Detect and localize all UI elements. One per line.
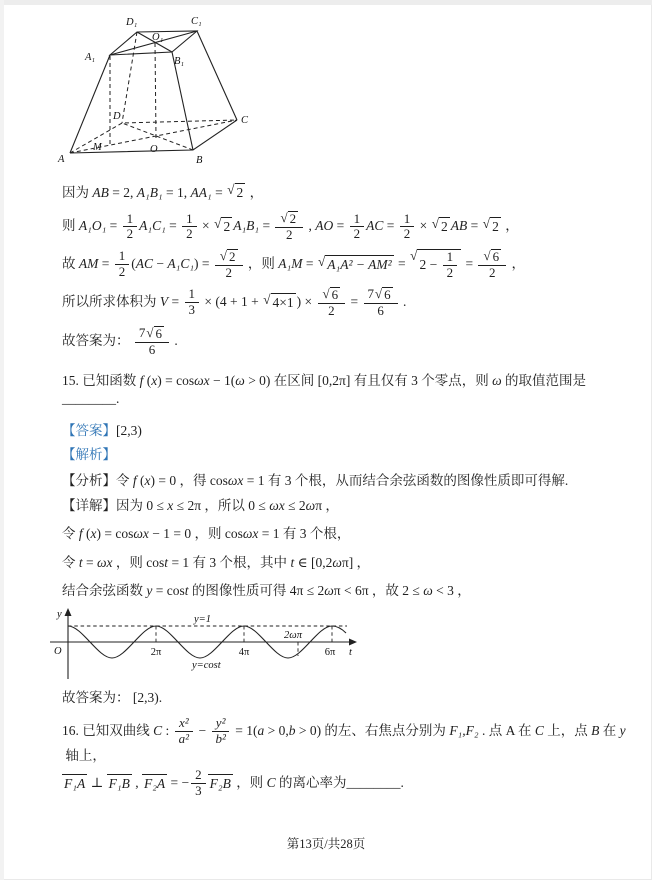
origin-label: O (54, 646, 62, 657)
mark-2-omega-pi: 2ωπ (284, 630, 303, 641)
vertex-label-D: D (112, 111, 121, 122)
vertex-label-D1: D₁ (125, 17, 137, 28)
vertex-label-C: C (241, 115, 249, 126)
q15-step1: 令 f (x) = cosωx − 1 = 0 ，则 cosωx = 1 有 3… (62, 524, 638, 544)
t-axis-label: t (349, 647, 353, 658)
q15-jiexi: 【解析】 (62, 445, 638, 465)
cosine-graph: y t O 2π 4π 6π 2ωπ y=1 y=cost (42, 605, 652, 688)
answer14-line: 故答案为： 7√66 . (62, 326, 638, 358)
q15-final: 故答案为： [2,3). (62, 688, 638, 708)
y-axis-label: y (56, 609, 62, 620)
volume-line: 所以所求体积为 V = 13 × (4 + 1 + √4×1) × √62 = … (62, 287, 638, 319)
vertex-label-O1: O₁ (152, 32, 163, 43)
radii-line: 则 A₁O₁ = 12A₁C₁ = 12 × √2A₁B₁ = √22 , AO… (62, 211, 638, 243)
cosine-graph-svg: y t O 2π 4π 6π 2ωπ y=1 y=cost (42, 605, 362, 683)
graph-dashed-guides (68, 626, 347, 656)
solution-body-a: 因为 AB = 2, A₁B₁ = 1, AA₁ = √2 ，则 A₁O₁ = … (0, 183, 652, 601)
vertex-label-A: A (57, 154, 65, 165)
q15-step3: 结合余弦函数 y = cost 的图像性质可得 4π ≤ 2ωπ < 6π ，故… (62, 581, 638, 601)
document-page: A B C D M O A₁ B₁ C₁ D₁ O₁ 因为 AB = 2, A₁… (0, 0, 652, 880)
tick-2pi: 2π (151, 647, 162, 658)
q16-line1: 16. 已知双曲线 C : x²a² − y²b² = 1(a > 0,b > … (62, 716, 638, 766)
curve-label: y=cost (191, 660, 222, 671)
page-footer: 第13页/共28页 (0, 834, 652, 852)
vertex-label-B1: B₁ (174, 56, 184, 67)
vertex-label-A1: A₁ (84, 52, 95, 63)
am-line: 故 AM = 12(AC − A₁C₁) = √22 ，则 A₁M = √A₁A… (62, 249, 638, 281)
tick-6pi: 6π (325, 647, 336, 658)
tick-4pi: 4π (239, 647, 250, 658)
vertex-label-O: O (150, 144, 158, 155)
q15-analysis: 【分析】令 f (x) = 0 ，得 cosωx = 1 有 3 个根，从而结合… (62, 471, 638, 491)
frustum-svg: A B C D M O A₁ B₁ C₁ D₁ O₁ (55, 8, 325, 166)
vertex-label-C1: C₁ (191, 16, 202, 27)
q15-line: 15. 已知函数 f (x) = cosωx − 1(ω > 0) 在区间 [0… (62, 372, 638, 410)
q15-answer: 【答案】[2,3) (62, 421, 638, 441)
page-edge-left (0, 0, 4, 880)
q15-step2: 令 t = ωx ，则 cost = 1 有 3 个根，其中 t ∈ [0,2ω… (62, 553, 638, 573)
page-edge-top (0, 0, 652, 5)
frustum-figure: A B C D M O A₁ B₁ C₁ D₁ O₁ (55, 8, 652, 171)
solution-body-b: 故答案为： [2,3).16. 已知双曲线 C : x²a² − y²b² = … (0, 688, 652, 799)
given-line: 因为 AB = 2, A₁B₁ = 1, AA₁ = √2 ， (62, 183, 638, 203)
vertex-label-B: B (196, 155, 203, 166)
q15-detail: 【详解】因为 0 ≤ x ≤ 2π ，所以 0 ≤ ωx ≤ 2ωπ ， (62, 496, 638, 516)
q16-line2: F₁A ⊥ F₁B , F₂A = −23F₂B ，则 C 的离心率为_____… (62, 768, 638, 799)
guide-label-y1: y=1 (193, 614, 211, 625)
vertex-label-M: M (92, 142, 103, 153)
